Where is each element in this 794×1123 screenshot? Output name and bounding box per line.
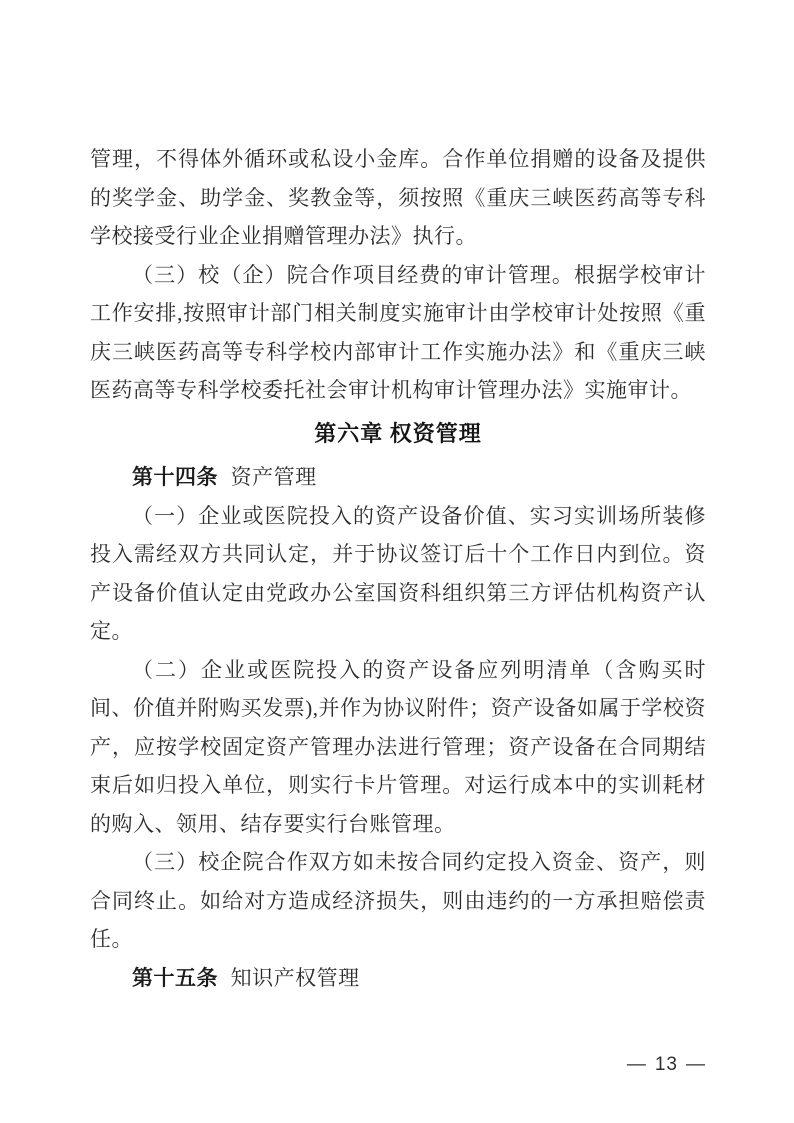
article-heading-15: 第十五条知识产权管理 [90,959,706,998]
article-title: 知识产权管理 [231,966,360,990]
paragraph-asset-value: （一）企业或医院投入的资产设备价值、实习实训场所装修投入需经双方共同认定，并于协… [90,497,706,651]
chapter-heading: 第六章 权资管理 [90,415,706,454]
paragraph-continuation: 管理，不得体外循环或私设小金库。合作单位捐赠的设备及提供的奖学金、助学金、奖教金… [90,140,706,256]
paragraph-contract-breach: （三）校企院合作双方如未按合同约定投入资金、资产，则合同终止。如给对方造成经济损… [90,843,706,959]
article-number: 第十四条 [132,465,218,489]
paragraph-asset-list: （二）企业或医院投入的资产设备应列明清单（含购买时间、价值并附购买发票),并作为… [90,651,706,844]
article-heading-14: 第十四条资产管理 [90,458,706,497]
article-number: 第十五条 [132,966,218,990]
document-body: 管理，不得体外循环或私设小金库。合作单位捐赠的设备及提供的奖学金、助学金、奖教金… [90,140,706,997]
footer-dash-right: — [686,1054,706,1076]
paragraph-audit-management: （三）校（企）院合作项目经费的审计管理。根据学校审计工作安排,按照审计部门相关制… [90,256,706,410]
page-footer: —13— [619,1054,714,1076]
footer-dash-left: — [627,1054,647,1076]
article-title: 资产管理 [231,465,317,489]
page-number: 13 [655,1054,678,1075]
document-page: 管理，不得体外循环或私设小金库。合作单位捐赠的设备及提供的奖学金、助学金、奖教金… [0,0,794,1123]
